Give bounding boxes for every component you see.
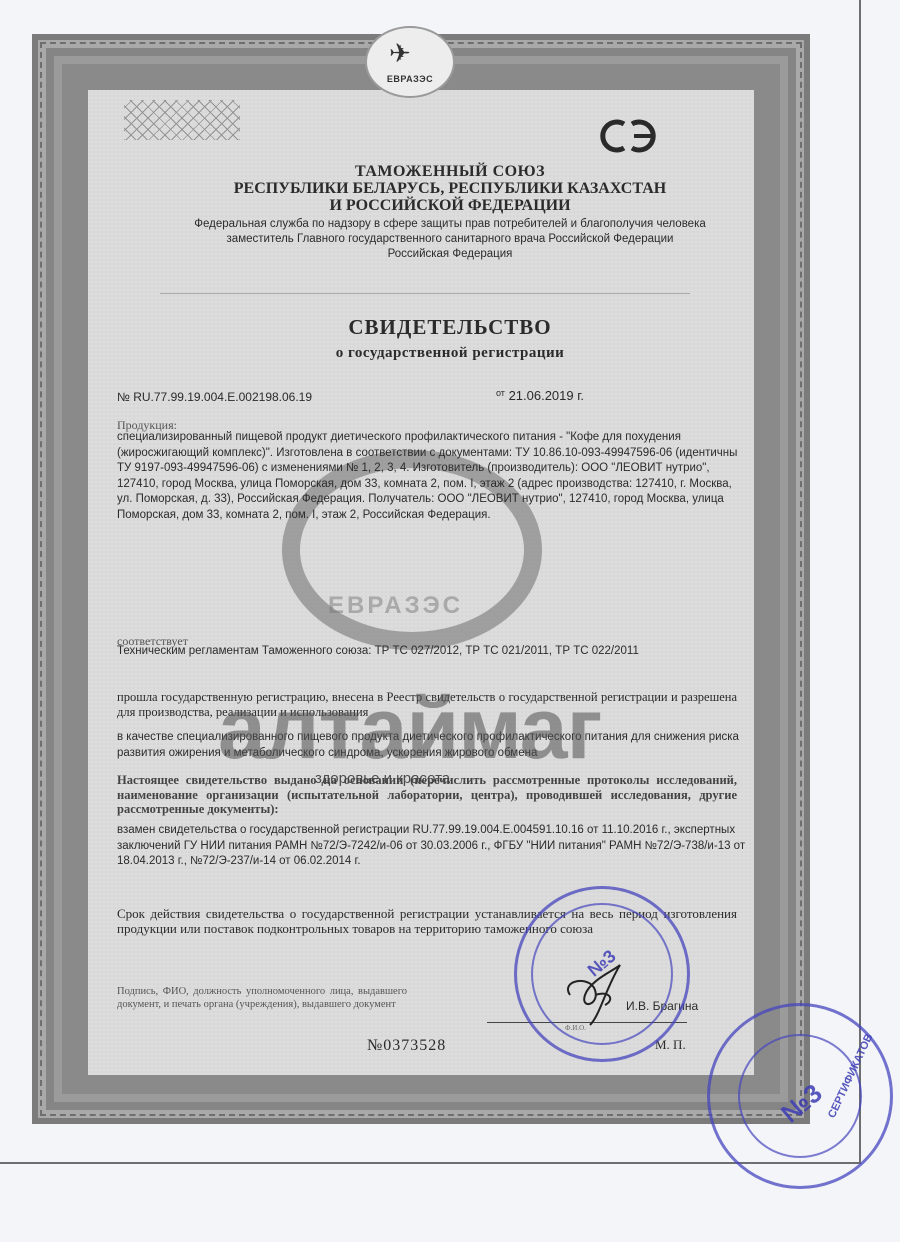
conformity-mark-icon [594,116,664,156]
basis-text: взамен свидетельства о государственной р… [117,823,747,870]
basis-label: Настоящее свидетельство выдано на основа… [117,773,737,817]
document-subtitle: о государственной регистрации [0,345,900,362]
emblem-label: ЕВРАЗЭС [367,74,453,84]
evrazes-emblem: ✈ ЕВРАЗЭС [365,26,455,98]
watermark-emblem-label: ЕВРАЗЭС [328,592,463,620]
divider [160,293,690,294]
compliance-text: Техническим регламентам Таможенного союз… [117,645,639,657]
registration-number: № RU.77.99.19.004.Е.002198.06.19 [117,390,312,404]
overlay-brand: алтаймаг [218,680,601,779]
authority-line-1: Федеральная служба по надзору в сфере за… [0,218,900,230]
signature-label: Подпись, ФИО, должность уполномоченного … [117,985,407,1011]
ornament-pattern [124,100,240,140]
company-stamp-2: №3 СЕРТИФИКАТОВ [707,1003,893,1189]
company-stamp-1: №3 [514,886,690,1062]
product-description: специализированный пищевой продукт диети… [117,430,747,523]
bird-emblem-icon: ✈ [389,38,411,69]
header-line-1: ТАМОЖЕННЫЙ СОЮЗ [0,163,900,181]
header-line-3: И РОССИЙСКОЙ ФЕДЕРАЦИИ [0,197,900,215]
document-title: СВИДЕТЕЛЬСТВО [0,315,900,340]
registration-date: от 21.06.2019 г. [496,388,584,403]
authority-line-2: заместитель Главного государственного са… [0,233,900,245]
header-line-2: РЕСПУБЛИКИ БЕЛАРУСЬ, РЕСПУБЛИКИ КАЗАХСТА… [0,180,900,198]
blank-number: №0373528 [367,1037,446,1055]
authority-line-3: Российская Федерация [0,248,900,260]
page-border-bottom [0,1162,861,1164]
